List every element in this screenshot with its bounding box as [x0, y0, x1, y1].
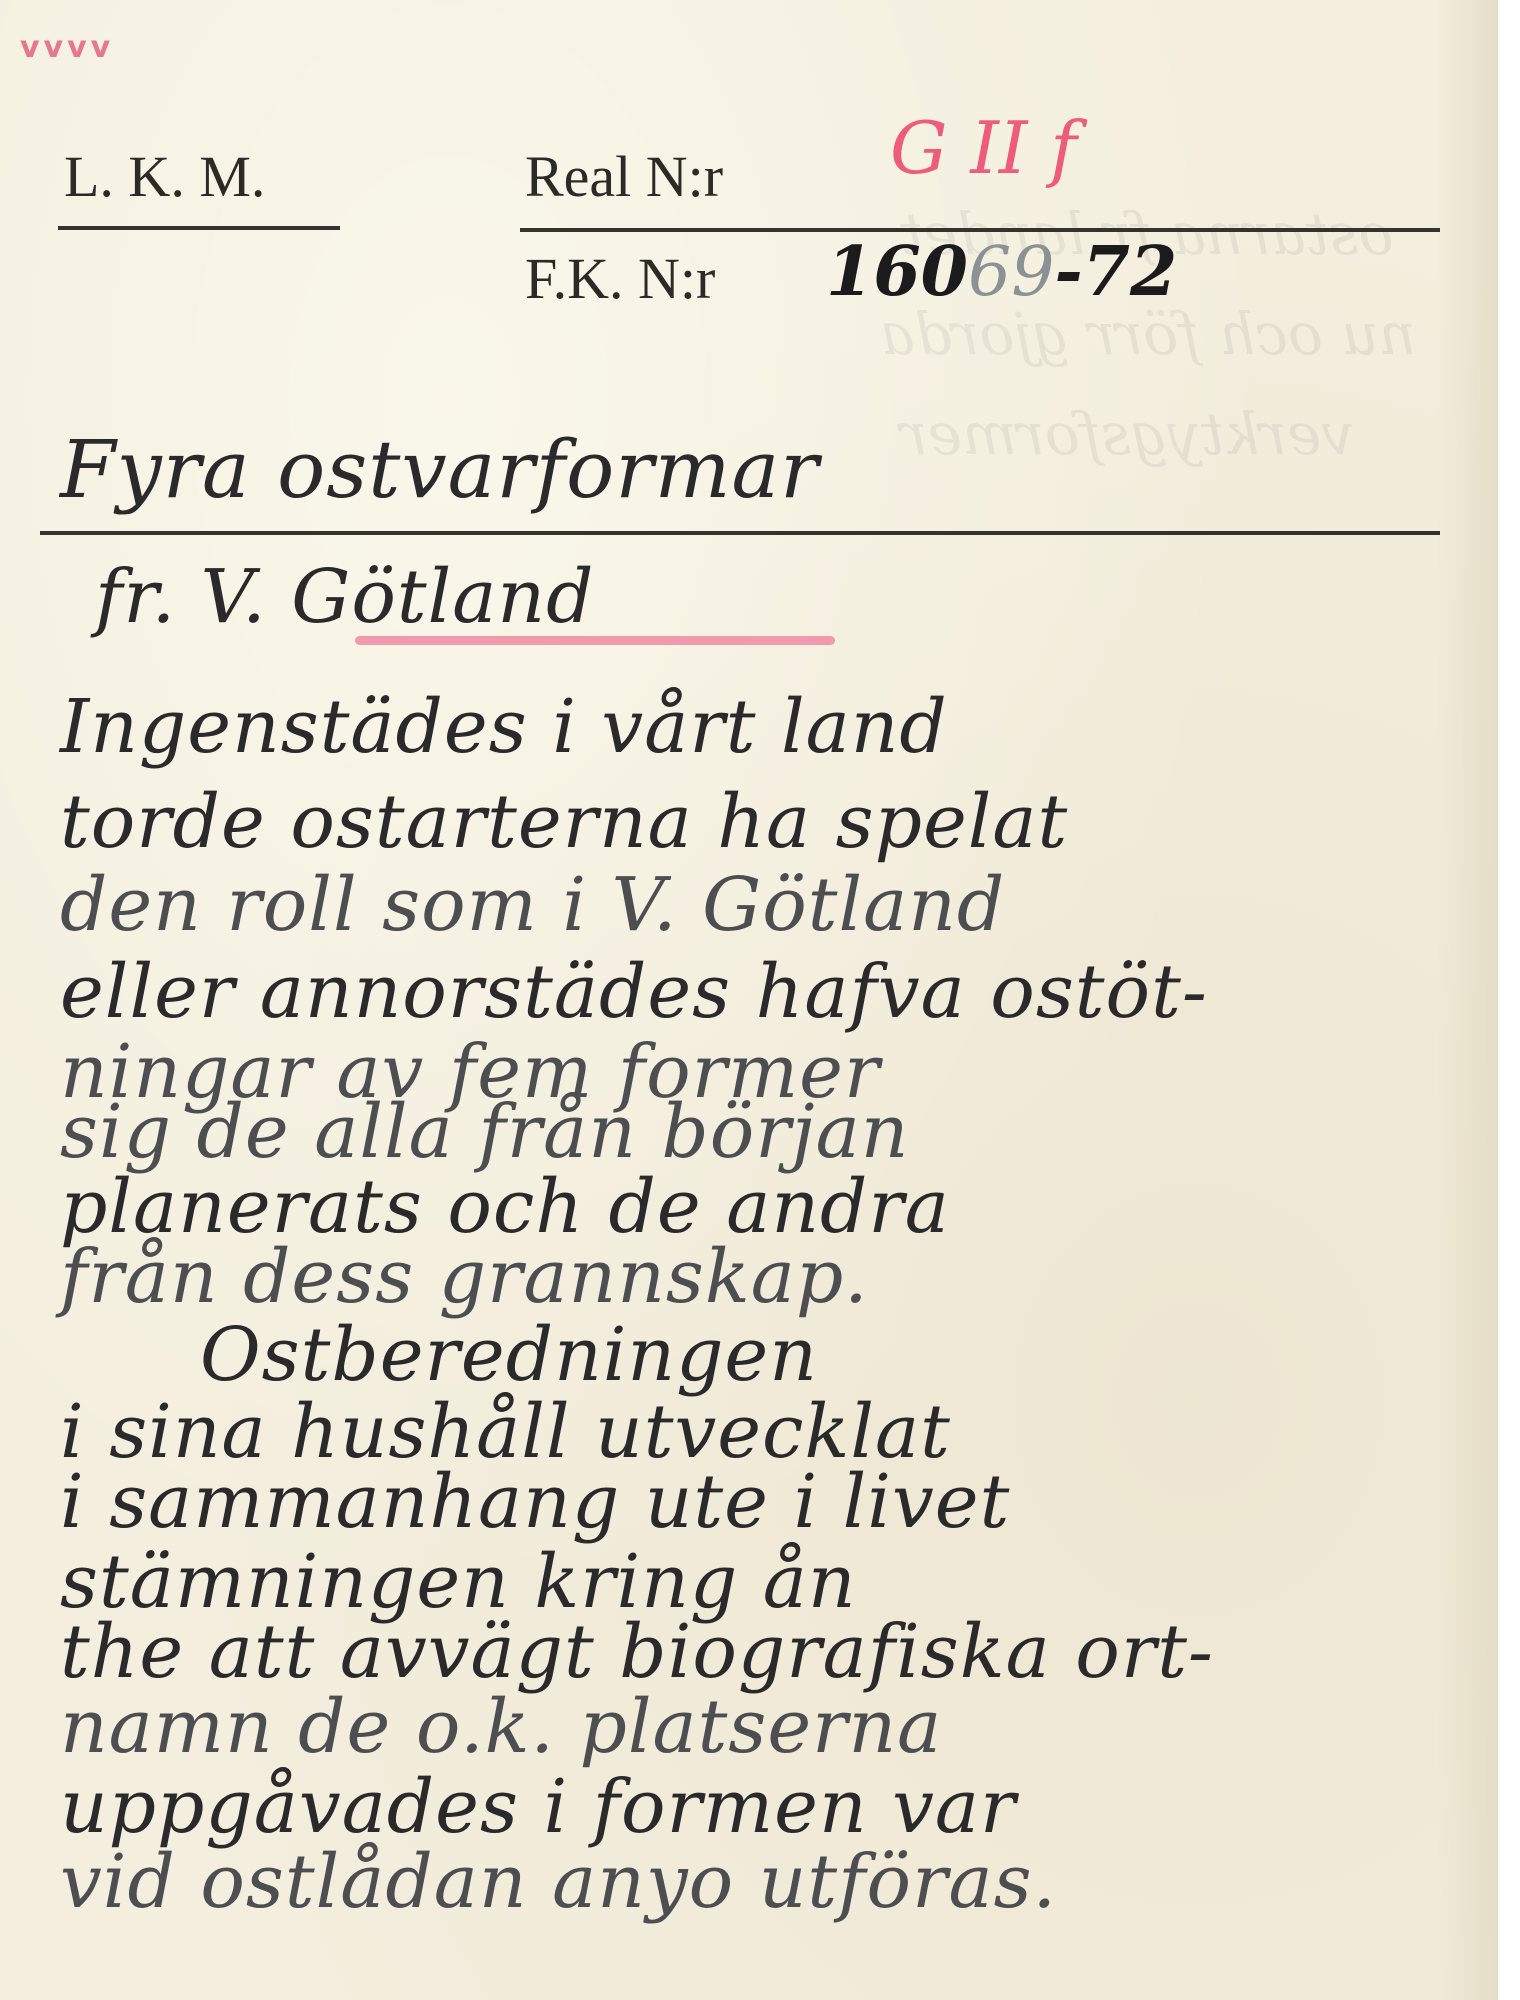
body-line: uppgåvades i formen var: [60, 1770, 1016, 1844]
header-rule: [520, 228, 1440, 232]
subtitle-red-underline: [355, 636, 835, 645]
real-nr-value: G II f: [890, 112, 1077, 184]
body-line: sig de alla från början: [60, 1095, 909, 1169]
fk-nr-dark-digits: 160: [826, 232, 968, 312]
body-line: vid ostlådan anyo utföras.: [60, 1845, 1057, 1919]
archive-label-rule: [58, 226, 340, 230]
title-rule: [40, 531, 1440, 535]
body-line: stämningen kring ån: [60, 1545, 857, 1619]
fk-nr-value: 16069-72: [826, 238, 1177, 307]
paper-sheet: ostarna fr landet nu och förr gjorda ver…: [0, 0, 1497, 2000]
body-line: från dess grannskap.: [60, 1240, 869, 1314]
bleed-through-text: verktygsformer: [900, 400, 1354, 468]
body-line: planerats och de andra: [60, 1170, 950, 1244]
fk-nr-suffix: -72: [1054, 232, 1177, 312]
document-title: Fyra ostvarformar: [60, 430, 819, 510]
body-line: torde ostarterna ha spelat: [60, 785, 1068, 859]
document-subtitle: fr. V. Götland: [95, 560, 594, 634]
body-line: i sina hushåll utvecklat: [60, 1395, 951, 1469]
body-line: eller annorstädes hafva ostöt-: [60, 955, 1208, 1029]
body-line: den roll som i V. Götland: [60, 868, 1005, 942]
fk-nr-label: F.K. N:r: [525, 250, 715, 308]
margin-check-marks: vvvv: [20, 30, 114, 65]
body-line: Ostberedningen: [200, 1318, 818, 1392]
fk-nr-faded-digits: 69: [968, 233, 1055, 312]
body-line: the att avvägt biografiska ort-: [60, 1615, 1214, 1689]
archive-label: L. K. M.: [64, 148, 265, 206]
body-line: Ingenstädes i vårt land: [60, 690, 948, 764]
body-line: i sammanhang ute i livet: [60, 1465, 1010, 1539]
real-nr-label: Real N:r: [525, 148, 723, 206]
body-line: namn de o.k. platserna: [60, 1690, 942, 1764]
